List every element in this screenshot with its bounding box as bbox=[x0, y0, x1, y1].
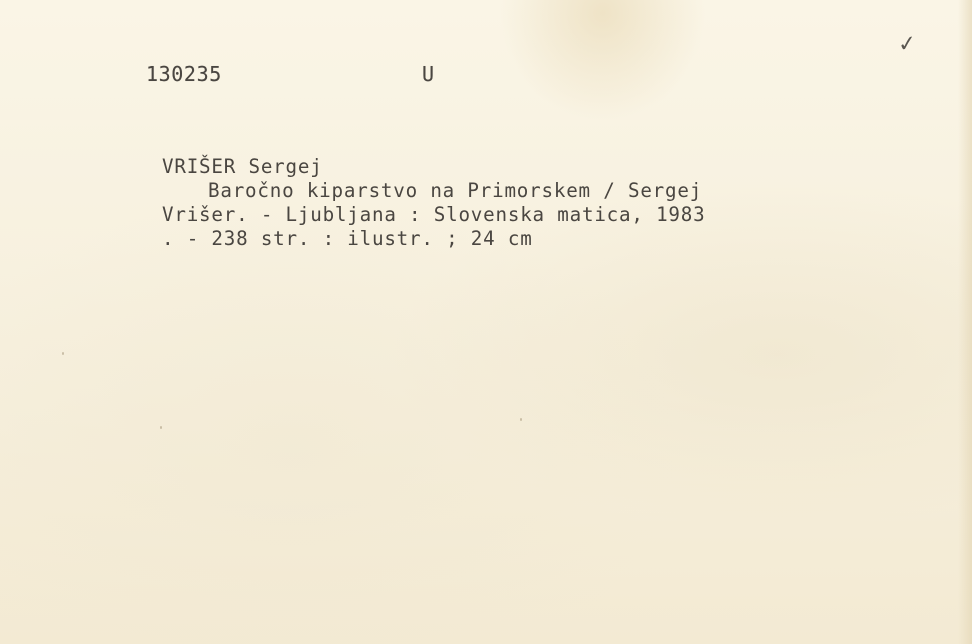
paper-speck bbox=[160, 426, 162, 429]
bibliographic-entry: VRIŠER Sergej Baročno kiparstvo na Primo… bbox=[162, 155, 705, 251]
location-code: U bbox=[422, 64, 435, 84]
paper-speck bbox=[520, 418, 522, 421]
author-heading: VRIŠER Sergej bbox=[162, 155, 705, 179]
physical-description-line: . - 238 str. : ilustr. ; 24 cm bbox=[162, 227, 705, 251]
paper-speck bbox=[62, 352, 64, 355]
publication-line: Vrišer. - Ljubljana : Slovenska matica, … bbox=[162, 203, 705, 227]
catalog-card: 130235 U ✓ VRIŠER Sergej Baročno kiparst… bbox=[0, 0, 972, 644]
accession-number: 130235 bbox=[146, 64, 222, 84]
title-line: Baročno kiparstvo na Primorskem / Sergej bbox=[162, 179, 705, 203]
card-edge-shadow bbox=[958, 0, 972, 644]
check-mark-icon: ✓ bbox=[897, 31, 918, 58]
